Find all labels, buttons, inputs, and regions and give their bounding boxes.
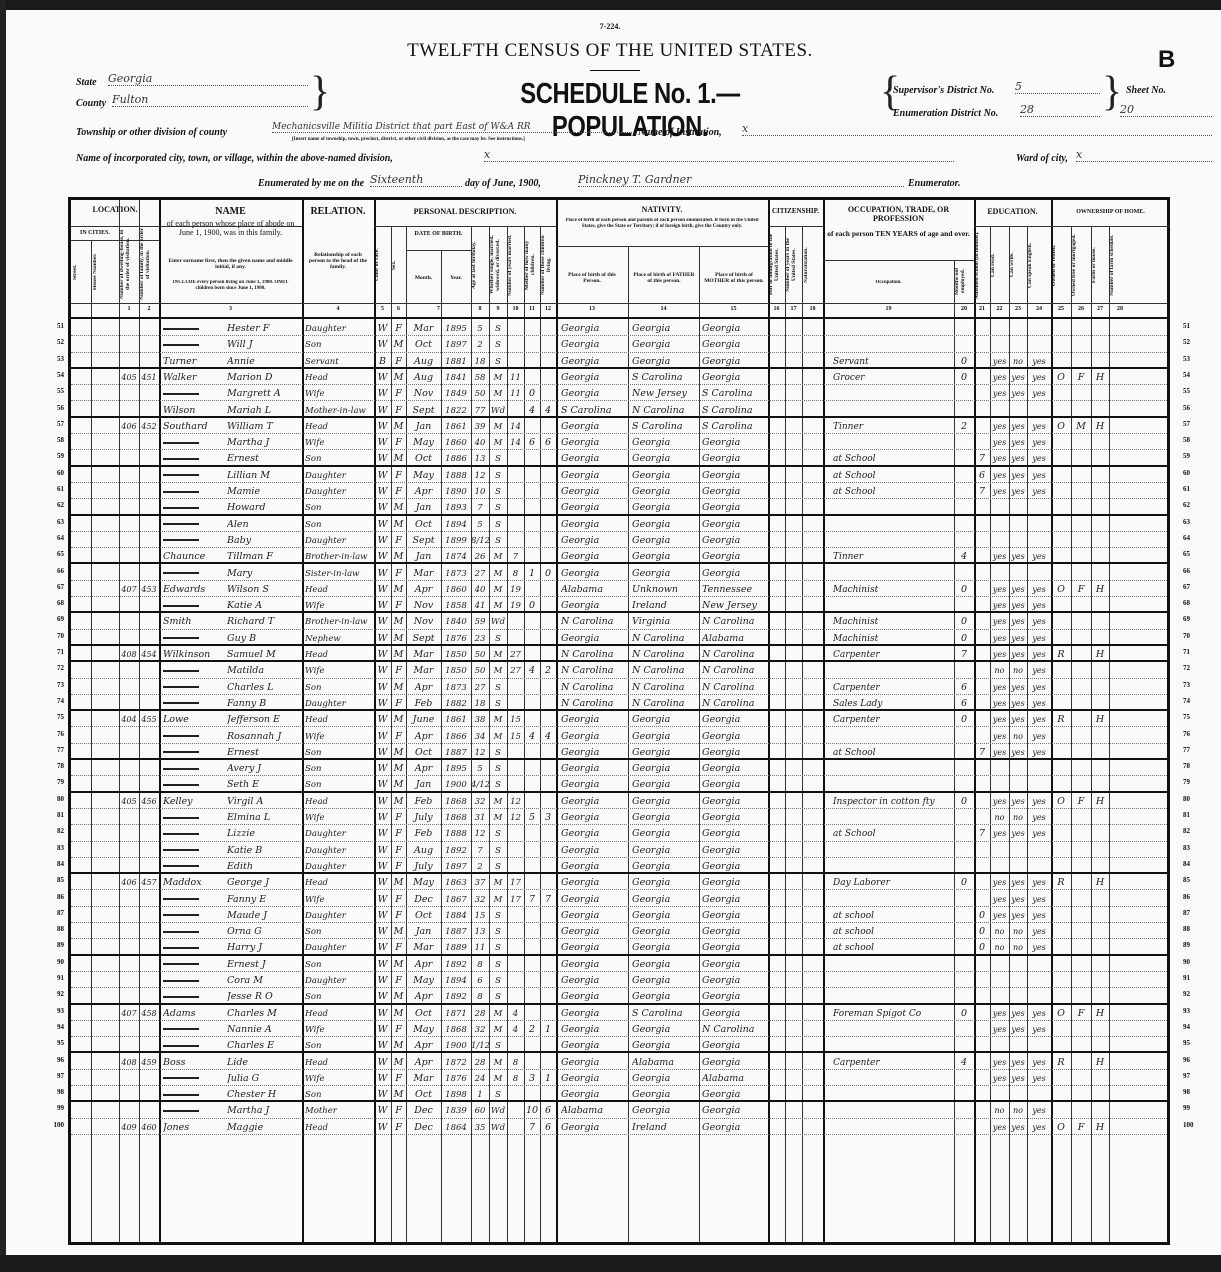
line-number: 59 xyxy=(40,452,64,460)
children-living xyxy=(540,760,556,776)
ditto-dash xyxy=(163,507,199,509)
mother-of xyxy=(524,1054,540,1070)
sex: M xyxy=(391,874,406,890)
age: 5 xyxy=(471,516,489,532)
nativity-header: NATIVITY. xyxy=(556,206,768,215)
given-name: Charles M xyxy=(227,1005,301,1021)
table-row[interactable]: Edith Daughter W F July 1897 2 S Georgia… xyxy=(71,858,1167,874)
children-living xyxy=(540,972,556,988)
attended-school xyxy=(974,434,990,450)
marital-status: S xyxy=(489,842,507,858)
family-number xyxy=(139,923,159,939)
ditto-dash xyxy=(163,865,199,867)
owned-rented xyxy=(1051,613,1071,629)
free-mortgaged xyxy=(1071,825,1091,841)
ward-field[interactable]: x xyxy=(1076,148,1212,162)
can-write: yes xyxy=(1009,434,1027,450)
table-row[interactable]: Elmina L Wife W F July 1868 31 M 12 5 3 … xyxy=(71,809,1167,825)
can-speak-english xyxy=(1027,516,1051,532)
birth-year: 1871 xyxy=(441,1005,471,1021)
table-row[interactable]: Lizzie Daughter W F Feb 1888 12 S Georgi… xyxy=(71,825,1167,841)
relation: Head xyxy=(305,711,373,727)
column-number: 23 xyxy=(1009,306,1027,312)
can-speak-english: yes xyxy=(1027,613,1051,629)
age: 28 xyxy=(471,1005,489,1021)
birthplace-father: Georgia xyxy=(632,483,698,499)
years-married: 12 xyxy=(507,809,524,825)
color-race: W xyxy=(374,1021,391,1037)
table-row[interactable]: Nannie A Wife W F May 1868 32 M 4 2 1 Ge… xyxy=(71,1021,1167,1037)
given-name: Mamie xyxy=(227,483,301,499)
given-name: Cora M xyxy=(227,972,301,988)
grid-line xyxy=(768,226,823,227)
surname xyxy=(163,1070,225,1086)
dwelling-number xyxy=(119,565,139,581)
can-write: yes xyxy=(1009,1070,1027,1086)
dwelling-number xyxy=(119,891,139,907)
table-row[interactable]: Orna G Son W M Jan 1887 13 S Georgia Geo… xyxy=(71,923,1167,939)
birthplace-father: Georgia xyxy=(632,565,698,581)
line-number: 73 xyxy=(1183,681,1207,689)
months-unemployed: 0 xyxy=(954,613,974,629)
children-living xyxy=(540,532,556,548)
table-row[interactable]: Lillian M Daughter W F May 1888 12 S Geo… xyxy=(71,467,1167,483)
free-mortgaged xyxy=(1071,760,1091,776)
birth-year: 1864 xyxy=(441,1119,471,1135)
relation: Daughter xyxy=(305,907,373,923)
relation: Wife xyxy=(305,1070,373,1086)
street-header: Street. xyxy=(73,244,89,300)
relation: Head xyxy=(305,1119,373,1135)
owned-rented: O xyxy=(1051,1005,1071,1021)
birthplace-person: Georgia xyxy=(561,1005,627,1021)
ditto-dash xyxy=(163,458,199,460)
table-row[interactable]: Chaunce Tillman F Brother-in-law W M Jan… xyxy=(71,548,1167,564)
children-living xyxy=(540,1005,556,1021)
table-row[interactable]: 406 457 Maddox George J Head W M May 186… xyxy=(71,874,1167,890)
family-number xyxy=(139,907,159,923)
table-row[interactable]: Alen Son W M Oct 1894 5 S Georgia Georgi… xyxy=(71,516,1167,532)
relation: Wife xyxy=(305,385,373,401)
mother-of: 3 xyxy=(524,1070,540,1086)
table-row[interactable]: Maude J Daughter W F Oct 1884 15 S Georg… xyxy=(71,907,1167,923)
table-row[interactable]: Harry J Daughter W F Mar 1889 11 S Georg… xyxy=(71,939,1167,955)
table-row[interactable]: 408 459 Boss Lide Head W M Apr 1872 28 M… xyxy=(71,1054,1167,1070)
attended-school xyxy=(974,728,990,744)
mother-of xyxy=(524,320,540,336)
free-mortgaged xyxy=(1071,711,1091,727)
state-field[interactable]: Georgia xyxy=(108,72,308,86)
birthplace-person-header: Place of birth of this Person. xyxy=(559,272,625,284)
months-unemployed xyxy=(954,1102,974,1118)
birthplace-father: Georgia xyxy=(632,532,698,548)
surname xyxy=(163,760,225,776)
enumerator-name-field[interactable]: Pinckney T. Gardner xyxy=(578,173,904,187)
line-number: 76 xyxy=(1183,730,1207,738)
years-married: 27 xyxy=(507,662,524,678)
table-row[interactable]: Chester H Son W M Oct 1898 1 S Georgia G… xyxy=(71,1086,1167,1102)
birthplace-father: N Carolina xyxy=(632,679,698,695)
sheet-field[interactable]: 20 xyxy=(1120,103,1212,117)
ditto-dash xyxy=(163,637,199,639)
table-row[interactable]: 404 455 Lowe Jefferson E Head W M June 1… xyxy=(71,711,1167,727)
table-row[interactable]: 407 458 Adams Charles M Head W M Oct 187… xyxy=(71,1005,1167,1021)
free-mortgaged xyxy=(1071,613,1091,629)
line-number: 80 xyxy=(1183,795,1207,803)
occupation xyxy=(833,532,953,548)
mother-of: 2 xyxy=(524,1021,540,1037)
line-number: 94 xyxy=(1183,1023,1207,1031)
farm-house xyxy=(1091,1102,1109,1118)
table-row[interactable]: Katie B Daughter W F Aug 1892 7 S Georgi… xyxy=(71,842,1167,858)
birth-year: 1892 xyxy=(441,842,471,858)
table-row[interactable]: Matilda Wife W F Mar 1850 50 M 27 4 2 N … xyxy=(71,662,1167,678)
birth-month: Mar xyxy=(406,320,441,336)
line-number: 58 xyxy=(40,436,64,444)
dwelling-number xyxy=(119,662,139,678)
birthplace-person: Georgia xyxy=(561,760,627,776)
free-mortgaged xyxy=(1071,1054,1091,1070)
free-mortgaged-header: Owned free or mortgaged. xyxy=(1072,230,1090,300)
owned-rented xyxy=(1051,565,1071,581)
months-unemployed: 2 xyxy=(954,418,974,434)
family-number xyxy=(139,679,159,695)
given-name: Elmina L xyxy=(227,809,301,825)
sex: F xyxy=(391,385,406,401)
birth-year: 1872 xyxy=(441,1054,471,1070)
surname: Kelley xyxy=(163,793,225,809)
birthplace-person: N Carolina xyxy=(561,679,627,695)
table-row[interactable]: Hester F Daughter W F Mar 1895 5 S Georg… xyxy=(71,320,1167,336)
birth-year: 1876 xyxy=(441,1070,471,1086)
sex: M xyxy=(391,613,406,629)
attended-school xyxy=(974,532,990,548)
table-row[interactable]: 408 454 Wilkinson Samuel M Head W M Mar … xyxy=(71,646,1167,662)
birthplace-person: Georgia xyxy=(561,793,627,809)
free-mortgaged xyxy=(1071,320,1091,336)
birth-year: 1868 xyxy=(441,809,471,825)
table-row[interactable]: Cora M Daughter W F May 1894 6 S Georgia… xyxy=(71,972,1167,988)
birthplace-person: Georgia xyxy=(561,516,627,532)
years-married xyxy=(507,467,524,483)
family-number: 455 xyxy=(139,711,159,727)
age: 5 xyxy=(471,760,489,776)
dwelling-number xyxy=(119,385,139,401)
marital-status: M xyxy=(489,1070,507,1086)
attended-school xyxy=(974,1119,990,1135)
months-unemployed xyxy=(954,1119,974,1135)
table-row[interactable]: Howard Son W M Jan 1893 7 S Georgia Geor… xyxy=(71,499,1167,515)
table-row[interactable]: Martha J Mother W F Dec 1839 60 Wd 10 6 … xyxy=(71,1102,1167,1118)
birthplace-father: S Carolina xyxy=(632,418,698,434)
table-row[interactable]: Ernest Son W M Oct 1886 13 S Georgia Geo… xyxy=(71,450,1167,466)
birthplace-father: Georgia xyxy=(632,467,698,483)
dwelling-number xyxy=(119,467,139,483)
line-number: 70 xyxy=(1183,632,1207,640)
given-name: Richard T xyxy=(227,613,301,629)
age: 8/12 xyxy=(471,532,489,548)
can-write: yes xyxy=(1009,1021,1027,1037)
farm-house xyxy=(1091,891,1109,907)
birthplace-mother: S Carolina xyxy=(702,385,767,401)
table-row[interactable]: Martha J Wife W F May 1860 40 M 14 6 6 G… xyxy=(71,434,1167,450)
institution-field[interactable]: x xyxy=(742,122,1212,136)
table-row[interactable]: 407 453 Edwards Wilson S Head W M Apr 18… xyxy=(71,581,1167,597)
line-number: 55 xyxy=(1183,387,1207,395)
sex: M xyxy=(391,369,406,385)
relation: Son xyxy=(305,760,373,776)
table-row[interactable]: Guy B Nephew W M Sept 1876 23 S Georgia … xyxy=(71,630,1167,646)
enumeration-district-field[interactable]: 28 xyxy=(1020,103,1100,117)
birth-month: May xyxy=(406,434,441,450)
ditto-dash xyxy=(163,523,199,525)
months-unemployed: 4 xyxy=(954,1054,974,1070)
attended-school-header: Attended school (in months). xyxy=(975,230,989,300)
family-number xyxy=(139,662,159,678)
sex: F xyxy=(391,434,406,450)
birth-month: Oct xyxy=(406,1005,441,1021)
birthplace-person: Georgia xyxy=(561,565,627,581)
color-race: W xyxy=(374,613,391,629)
free-mortgaged xyxy=(1071,565,1091,581)
table-row[interactable]: Smith Richard T Brother-in-law W M Nov 1… xyxy=(71,613,1167,629)
table-row[interactable]: Ernest Son W M Oct 1887 12 S Georgia Geo… xyxy=(71,744,1167,760)
given-name: Alen xyxy=(227,516,301,532)
mother-of xyxy=(524,516,540,532)
table-row[interactable]: 409 460 Jones Maggie Head W F Dec 1864 3… xyxy=(71,1119,1167,1135)
table-row[interactable]: 405 451 Walker Marion D Head W M Aug 184… xyxy=(71,369,1167,385)
can-write: yes xyxy=(1009,467,1027,483)
line-number: 78 xyxy=(40,762,64,770)
sex: F xyxy=(391,532,406,548)
owned-rented xyxy=(1051,1102,1071,1118)
can-speak-english: yes xyxy=(1027,1070,1051,1086)
birthplace-father: Georgia xyxy=(632,728,698,744)
birthplace-mother: Georgia xyxy=(702,760,767,776)
personal-description-header: PERSONAL DESCRIPTION. xyxy=(374,208,556,217)
family-number xyxy=(139,385,159,401)
farm-house: H xyxy=(1091,369,1109,385)
birthplace-mother: Georgia xyxy=(702,369,767,385)
marital-status: S xyxy=(489,760,507,776)
surname xyxy=(163,467,225,483)
line-number: 67 xyxy=(1183,583,1207,591)
dwelling-number: 406 xyxy=(119,418,139,434)
dwelling-number xyxy=(119,1021,139,1037)
table-row[interactable]: Seth E Son W M Jan 1900 4/12 S Georgia G… xyxy=(71,776,1167,792)
line-number: 66 xyxy=(40,567,64,575)
table-row[interactable]: Charles L Son W M Apr 1873 27 S N Caroli… xyxy=(71,679,1167,695)
table-row[interactable]: Katie A Wife W F Nov 1858 41 M 19 0 Geor… xyxy=(71,597,1167,613)
table-row[interactable]: Ernest J Son W M Apr 1892 8 S Georgia Ge… xyxy=(71,956,1167,972)
birth-month: Mar xyxy=(406,1070,441,1086)
birth-month: Dec xyxy=(406,1119,441,1135)
surname xyxy=(163,320,225,336)
can-read: yes xyxy=(990,1070,1009,1086)
table-row[interactable]: Margrett A Wife W F Nov 1849 50 M 11 0 G… xyxy=(71,385,1167,401)
birthplace-person: Georgia xyxy=(561,809,627,825)
family-number xyxy=(139,336,159,352)
free-mortgaged xyxy=(1071,1070,1091,1086)
enumerated-day-field[interactable]: Sixteenth xyxy=(370,173,462,187)
surname xyxy=(163,1102,225,1118)
owned-rented: O xyxy=(1051,581,1071,597)
table-row[interactable]: Baby Daughter W F Sept 1899 8/12 S Georg… xyxy=(71,532,1167,548)
line-number: 89 xyxy=(1183,941,1207,949)
attended-school: 7 xyxy=(974,483,990,499)
birthplace-mother: Georgia xyxy=(702,1119,767,1135)
relation: Wife xyxy=(305,728,373,744)
relation: Head xyxy=(305,874,373,890)
table-row[interactable]: Julia G Wife W F Mar 1876 24 M 8 3 1 Geo… xyxy=(71,1070,1167,1086)
can-write-header: Can write. xyxy=(1010,230,1026,300)
family-number xyxy=(139,760,159,776)
free-mortgaged xyxy=(1071,972,1091,988)
line-number: 57 xyxy=(40,420,64,428)
mother-of xyxy=(524,874,540,890)
color-race: W xyxy=(374,467,391,483)
owned-rented xyxy=(1051,1021,1071,1037)
occupation xyxy=(833,320,953,336)
surname: Boss xyxy=(163,1054,225,1070)
age: 12 xyxy=(471,467,489,483)
children-living: 3 xyxy=(540,809,556,825)
mother-of xyxy=(524,679,540,695)
given-name: Ernest J xyxy=(227,956,301,972)
free-mortgaged xyxy=(1071,336,1091,352)
table-row[interactable]: Rosannah J Wife W F Apr 1866 34 M 15 4 4… xyxy=(71,728,1167,744)
population-schedule-table: LOCATION. IN CITIES. NAME of each person… xyxy=(68,197,1170,1245)
given-name: Margrett A xyxy=(227,385,301,401)
nativity-description: Place of birth of each person and parent… xyxy=(561,218,763,229)
can-read: yes xyxy=(990,711,1009,727)
children-living: 0 xyxy=(540,565,556,581)
birth-month: Jan xyxy=(406,418,441,434)
free-mortgaged xyxy=(1071,483,1091,499)
sex: M xyxy=(391,760,406,776)
can-speak-english: yes xyxy=(1027,1054,1051,1070)
children-living: 1 xyxy=(540,1070,556,1086)
supervisor-district-field[interactable]: 5 xyxy=(1015,80,1100,94)
age: 28 xyxy=(471,1054,489,1070)
children-living xyxy=(540,1054,556,1070)
ditto-dash xyxy=(163,686,199,688)
owned-rented xyxy=(1051,923,1071,939)
sex: F xyxy=(391,825,406,841)
children-living xyxy=(540,613,556,629)
can-write xyxy=(1009,336,1027,352)
table-row[interactable]: Jesse R O Son W M Apr 1892 8 S Georgia G… xyxy=(71,988,1167,1004)
occupation xyxy=(833,1021,953,1037)
birth-month: May xyxy=(406,874,441,890)
table-row[interactable]: Mamie Daughter W F Apr 1890 10 S Georgia… xyxy=(71,483,1167,499)
family-number xyxy=(139,891,159,907)
color-race: W xyxy=(374,385,391,401)
house-number-header: House Number. xyxy=(93,244,117,300)
column-number: 1 xyxy=(119,306,139,312)
table-row[interactable]: Will J Son W M Oct 1897 2 S Georgia Geor… xyxy=(71,336,1167,352)
sex: M xyxy=(391,336,406,352)
table-row[interactable]: Fanny E Wife W F Dec 1867 32 M 17 7 7 Ge… xyxy=(71,891,1167,907)
marital-status: M xyxy=(489,874,507,890)
birthplace-mother: Georgia xyxy=(702,467,767,483)
family-number: 453 xyxy=(139,581,159,597)
table-row[interactable]: Wilson Mariah L Mother-in-law W F Sept 1… xyxy=(71,402,1167,418)
free-mortgaged xyxy=(1071,516,1091,532)
marital-status: M xyxy=(489,1005,507,1021)
year-header: Year. xyxy=(441,275,471,281)
table-row[interactable]: Turner Annie Servant B F Aug 1881 18 S G… xyxy=(71,353,1167,369)
city-field[interactable]: x xyxy=(484,148,954,162)
occupation: Carpenter xyxy=(833,679,953,695)
sex: M xyxy=(391,1054,406,1070)
given-name: Rosannah J xyxy=(227,728,301,744)
sex: M xyxy=(391,956,406,972)
relation: Head xyxy=(305,581,373,597)
table-row[interactable]: 405 456 Kelley Virgil A Head W M Feb 186… xyxy=(71,793,1167,809)
family-number xyxy=(139,320,159,336)
birthplace-father: Georgia xyxy=(632,972,698,988)
line-number: 86 xyxy=(1183,893,1207,901)
color-race: W xyxy=(374,1119,391,1135)
attended-school: 7 xyxy=(974,825,990,841)
family-number xyxy=(139,956,159,972)
mother-of xyxy=(524,467,540,483)
table-row[interactable]: 406 452 Southard William T Head W M Jan … xyxy=(71,418,1167,434)
farm-house xyxy=(1091,516,1109,532)
sex: F xyxy=(391,1021,406,1037)
attended-school xyxy=(974,793,990,809)
line-number: 82 xyxy=(1183,827,1207,835)
years-married xyxy=(507,907,524,923)
farm-house xyxy=(1091,760,1109,776)
can-write: yes xyxy=(1009,1119,1027,1135)
table-row[interactable]: Charles E Son W M Apr 1900 1/12 S Georgi… xyxy=(71,1037,1167,1053)
family-number xyxy=(139,1070,159,1086)
can-speak-english: yes xyxy=(1027,728,1051,744)
marital-status: S xyxy=(489,467,507,483)
given-name: Nannie A xyxy=(227,1021,301,1037)
township-field[interactable]: Mechanicsville Militia District that par… xyxy=(272,122,634,133)
farm-house xyxy=(1091,907,1109,923)
table-row[interactable]: Avery J Son W M Apr 1895 5 S Georgia Geo… xyxy=(71,760,1167,776)
age: 40 xyxy=(471,434,489,450)
given-name: Maggie xyxy=(227,1119,301,1135)
township-label: Township or other division of county xyxy=(76,127,227,138)
surname xyxy=(163,825,225,841)
dwelling-number: 407 xyxy=(119,1005,139,1021)
birth-month: Mar xyxy=(406,662,441,678)
months-unemployed: 0 xyxy=(954,1005,974,1021)
can-read xyxy=(990,532,1009,548)
owned-rented xyxy=(1051,728,1071,744)
county-field[interactable]: Fulton xyxy=(112,93,308,107)
mother-of xyxy=(524,369,540,385)
can-read: no xyxy=(990,662,1009,678)
marital-status: S xyxy=(489,516,507,532)
owned-rented xyxy=(1051,662,1071,678)
attended-school xyxy=(974,385,990,401)
occupation: Day Laborer xyxy=(833,874,953,890)
table-row[interactable]: Mary Sister-in-law W F Mar 1873 27 M 8 1… xyxy=(71,565,1167,581)
marital-status: M xyxy=(489,418,507,434)
table-row[interactable]: Fanny B Daughter W F Feb 1882 18 S N Car… xyxy=(71,695,1167,711)
birth-month: Feb xyxy=(406,825,441,841)
can-read xyxy=(990,972,1009,988)
relation: Son xyxy=(305,679,373,695)
ditto-dash xyxy=(163,442,199,444)
can-write: yes xyxy=(1009,483,1027,499)
